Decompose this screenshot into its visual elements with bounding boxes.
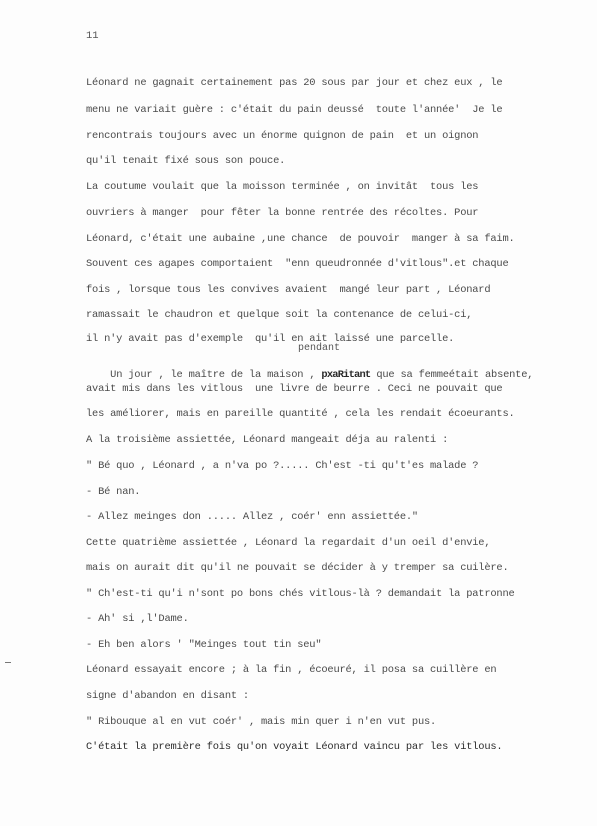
text-line: C'était la première fois qu'on voyait Lé… [86, 741, 502, 753]
typewritten-page: 11 Léonard ne gagnait certainement pas 2… [0, 0, 597, 826]
text-line: - Allez meinges don ..... Allez , coér' … [86, 511, 418, 523]
line-part-before: Un jour , le maître de la maison , [110, 369, 321, 381]
text-line: qu'il tenait fixé sous son pouce. [86, 155, 285, 167]
text-line: ramassait le chaudron et quelque soit la… [86, 309, 472, 321]
text-line: Souvent ces agapes comportaient "enn que… [86, 258, 508, 270]
text-line: signe d'abandon en disant : [86, 690, 249, 702]
text-line: rencontrais toujours avec un énorme quig… [86, 130, 478, 142]
text-line: " Ch'est-ti qu'i n'sont po bons chés vit… [86, 588, 515, 600]
text-line: fois , lorsque tous les convives avaient… [86, 284, 490, 296]
struck-word: pxaRitant [321, 369, 370, 381]
text-line: - Eh ben alors ' "Meinges tout tin seu" [86, 639, 321, 651]
text-line: Léonard essayait encore ; à la fin , éco… [86, 664, 496, 676]
text-line: La coutume voulait que la moisson termin… [86, 181, 478, 193]
page-number: 11 [86, 30, 99, 42]
margin-mark [5, 662, 11, 663]
text-line: " Bé quo , Léonard , a n'va po ?..... Ch… [86, 460, 478, 472]
text-line: Léonard, c'était une aubaine ,une chance… [86, 233, 515, 245]
text-line: menu ne variait guère : c'était du pain … [86, 104, 502, 116]
text-line: mais on aurait dit qu'il ne pouvait se d… [86, 562, 508, 574]
text-line: " Ribouque al en vut coér' , mais min qu… [86, 716, 436, 728]
text-line: A la troisième assiettée, Léonard mangea… [86, 434, 448, 446]
text-line: - Bé nan. [86, 486, 140, 498]
text-line: les améliorer, mais en pareille quantité… [86, 408, 515, 420]
line-part-after: que sa femmeétait absente, [370, 369, 533, 381]
text-line: - Ah' si ,l'Dame. [86, 613, 189, 625]
text-line: il n'y avait pas d'exemple qu'il en ait … [86, 333, 454, 345]
text-line: avait mis dans les vitlous une livre de … [86, 383, 502, 395]
text-line: Cette quatrième assiettée , Léonard la r… [86, 537, 490, 549]
handwritten-insertion: pendant [298, 343, 340, 354]
text-line: Léonard ne gagnait certainement pas 20 s… [86, 77, 502, 89]
text-line: ouvriers à manger pour fêter la bonne re… [86, 207, 478, 219]
